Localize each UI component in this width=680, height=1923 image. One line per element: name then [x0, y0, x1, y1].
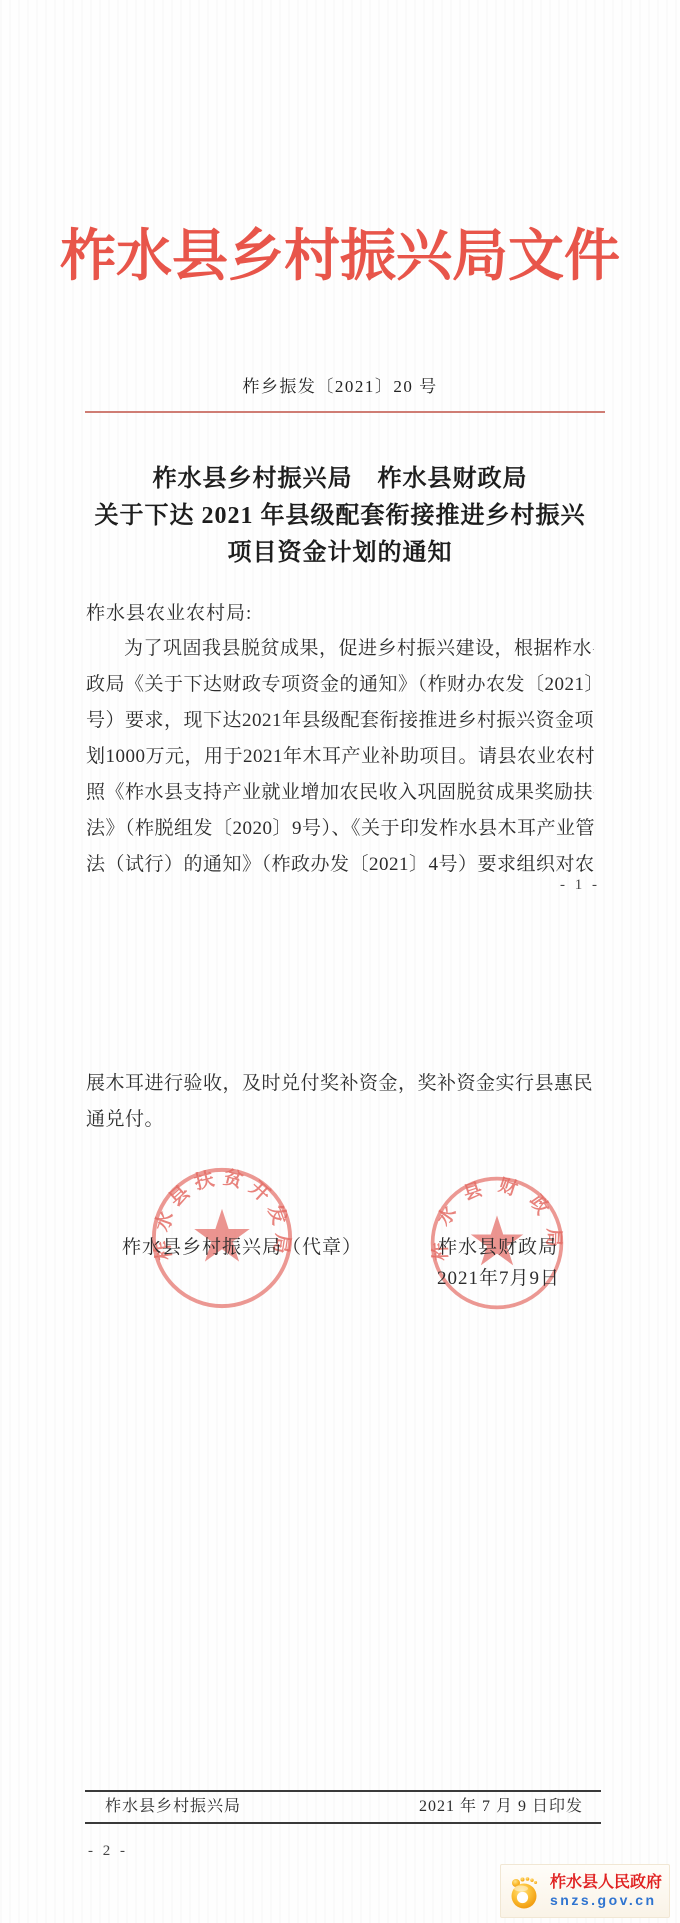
body-line: 展木耳进行验收，及时兑付奖补资金，奖补资金实行县惠民一折 — [86, 1066, 594, 1102]
masthead-title: 柞水县乡村振兴局文件 — [0, 212, 680, 292]
body-line: 为了巩固我县脱贫成果，促进乡村振兴建设，根据柞水县财 — [86, 631, 594, 667]
document-page: 柞水县乡村振兴局文件 柞乡振发〔2021〕20 号 柞水县乡村振兴局 柞水县财政… — [0, 0, 680, 1923]
page2-body: 展木耳进行验收，及时兑付奖补资金，奖补资金实行县惠民一折 通兑付。 — [86, 1066, 594, 1138]
left-signature: 柞水县乡村振兴局（代章） — [122, 1232, 362, 1259]
notice-title-line1: 柞水县乡村振兴局 柞水县财政局 — [0, 458, 680, 493]
page1-number: - 1 - — [560, 877, 600, 894]
doc-number: 柞乡振发〔2021〕20 号 — [0, 372, 680, 397]
footer-issuance-box: 柞水县乡村振兴局 2021 年 7 月 9 日印发 — [85, 1790, 601, 1824]
body-line: 政局《关于下达财政专项资金的通知》（柞财办农发〔2021〕314 — [86, 667, 594, 703]
footer-print-date: 2021 年 7 月 9 日印发 — [419, 1796, 583, 1818]
body-line: 号）要求，现下达2021年县级配套衔接推进乡村振兴资金项目计 — [86, 703, 594, 739]
red-separator-rule — [85, 411, 605, 413]
body-line: 法（试行）的通知》（柞政办发〔2021〕4号）要求组织对农户发 — [86, 847, 594, 883]
page2-number: - 2 - — [88, 1843, 128, 1860]
salutation: 柞水县农业农村局: — [86, 598, 252, 625]
body-line: 法》（柞脱组发〔2020〕9号）、《关于印发柞水县木耳产业管理办 — [86, 811, 594, 847]
notice-title-line2: 关于下达 2021 年县级配套衔接推进乡村振兴 — [0, 495, 680, 530]
page1-body: 为了巩固我县脱贫成果，促进乡村振兴建设，根据柞水县财 政局《关于下达财政专项资金… — [86, 631, 594, 883]
footer-issuer: 柞水县乡村振兴局 — [105, 1796, 241, 1818]
body-line: 通兑付。 — [86, 1102, 594, 1138]
body-line: 划1000万元，用于2021年木耳产业补助项目。请县农业农村局按 — [86, 739, 594, 775]
gov-site-url: snzs.gov.cn — [550, 1892, 662, 1908]
footprint-icon — [507, 1872, 541, 1910]
notice-title-line3: 项目资金计划的通知 — [0, 532, 680, 567]
gov-site-badge[interactable]: 柞水县人民政府 snzs.gov.cn — [500, 1864, 670, 1918]
right-signature: 柞水县财政局 — [438, 1232, 558, 1259]
signature-date: 2021年7月9日 — [437, 1263, 560, 1290]
body-line: 照《柞水县支持产业就业增加农民收入巩固脱贫成果奖励扶持办 — [86, 775, 594, 811]
gov-site-name: 柞水县人民政府 — [550, 1874, 662, 1892]
